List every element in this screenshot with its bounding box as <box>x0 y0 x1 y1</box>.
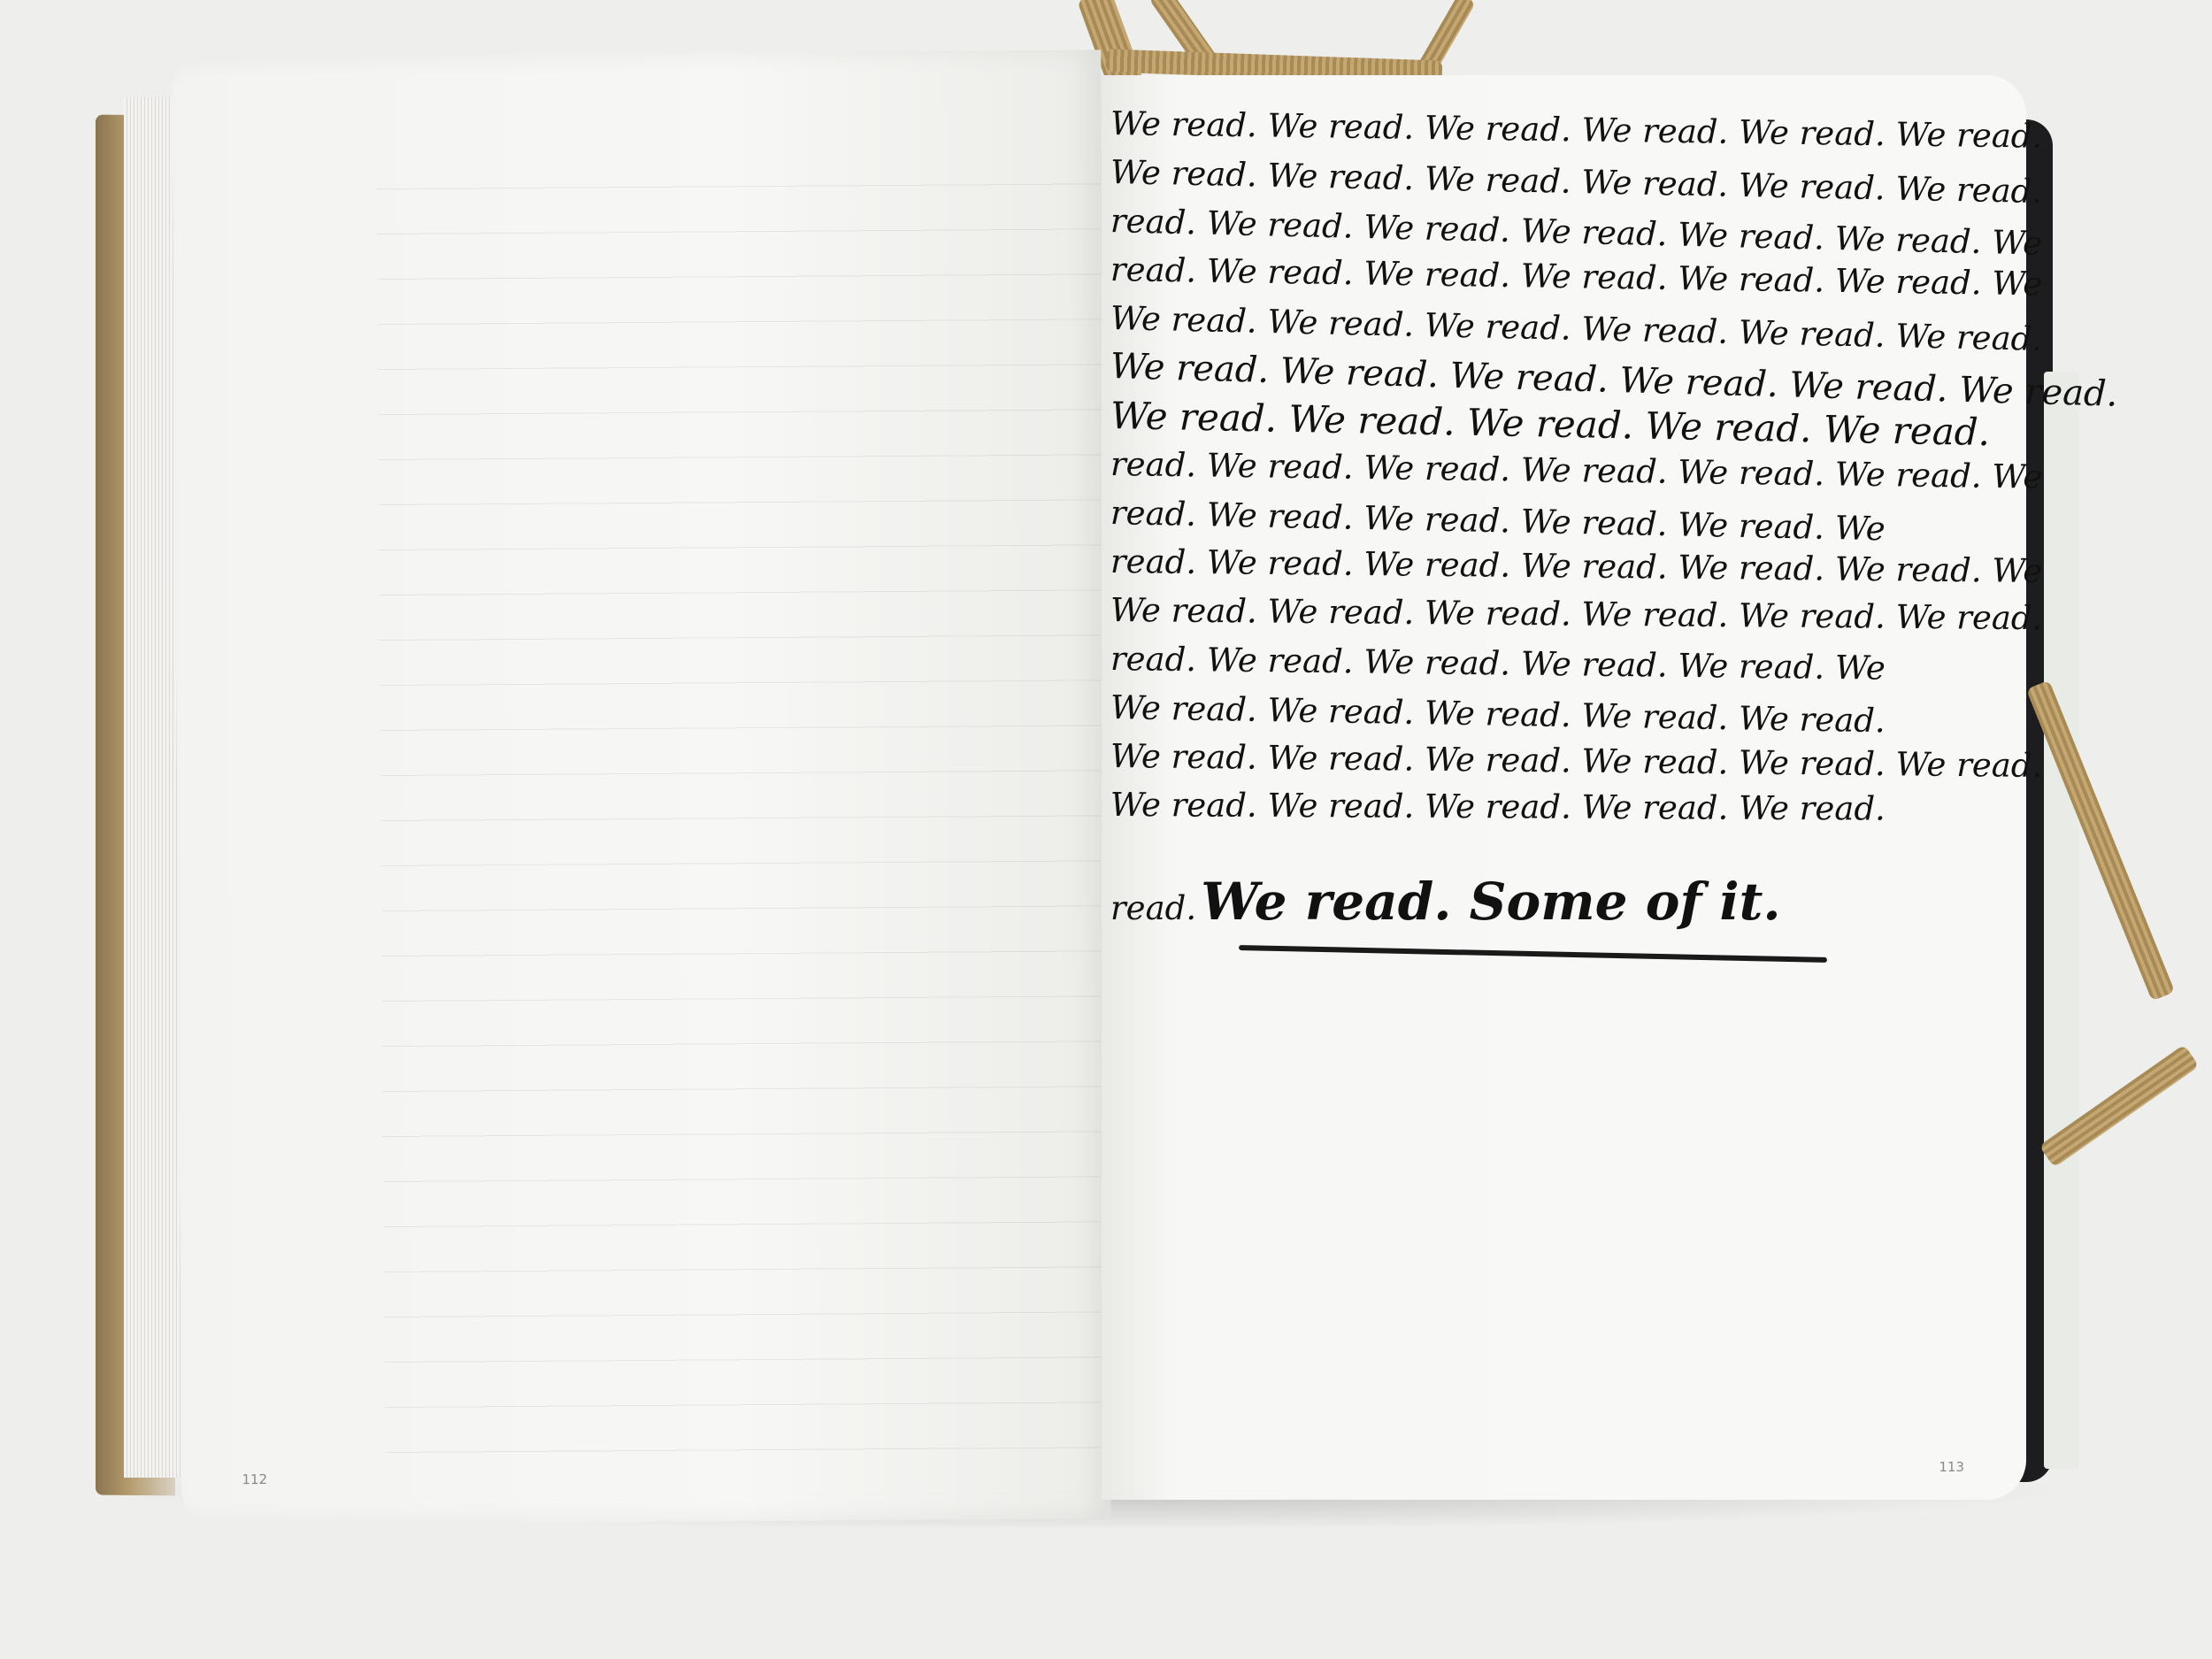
page-insert-card <box>2044 372 2079 1469</box>
final-line: read. We read. Some of it. <box>1110 872 1781 932</box>
handwriting-line: We read. We read. We read. We read. We r… <box>1110 586 2022 642</box>
page-number-left: 112 <box>242 1471 267 1487</box>
final-line-prefix: read. <box>1110 889 1196 927</box>
page-number-right: 113 <box>1939 1459 1964 1475</box>
handwritten-text-block: We read. We read. We read. We read. We r… <box>1110 99 2022 829</box>
left-page: 112 <box>172 50 1111 1525</box>
final-line-emphasis: We read. Some of it. <box>1201 872 1780 932</box>
show-through-lines <box>376 147 1164 1497</box>
handwriting-line: We read. We read. We read. We read. We r… <box>1110 780 2022 833</box>
